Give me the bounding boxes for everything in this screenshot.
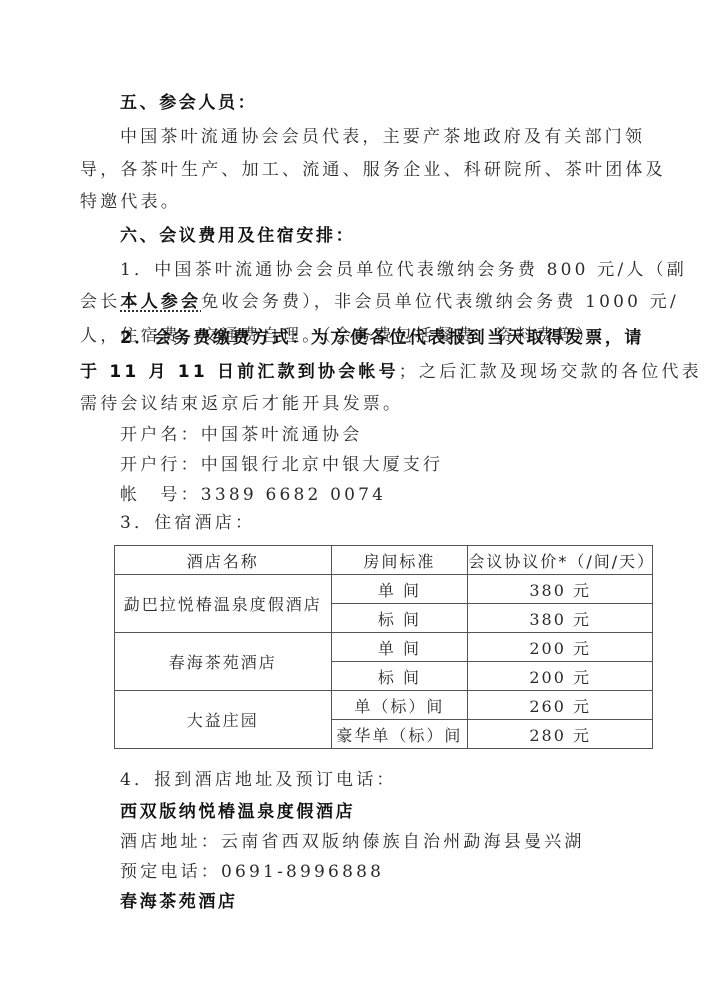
price-cell: 200 元	[468, 662, 653, 691]
hotel-name-cell: 勐巴拉悦椿温泉度假酒店	[115, 575, 332, 633]
price-cell: 280 元	[468, 720, 653, 749]
table-row: 勐巴拉悦椿温泉度假酒店 单 间 380 元	[115, 575, 653, 604]
price-cell: 380 元	[468, 604, 653, 633]
payment-method-line-3: 需待会议结束返京后才能开具发票。	[80, 394, 403, 414]
room-type-cell: 单 间	[331, 633, 468, 662]
fee-line-2-emphasis: 本人参会	[120, 292, 201, 312]
payment-note: ；之后汇款及现场交款的各位代表	[399, 362, 702, 382]
room-type-cell: 单 间	[331, 575, 468, 604]
payment-method-line-1: 2．会务费缴费方式：为方便各位代表报到当天取得发票，请	[120, 328, 644, 348]
hotel-name-cell: 春海茶苑酒店	[115, 633, 332, 691]
account-bank: 开户行：中国银行北京中银大厦支行	[120, 455, 443, 475]
hotel-1-name: 西双版纳悦椿温泉度假酒店	[120, 802, 355, 822]
section-five-heading: 五、参会人员：	[120, 93, 257, 113]
room-type-cell: 标 间	[331, 604, 468, 633]
hotel-name-cell: 大益庄园	[115, 691, 332, 749]
table-header-row: 酒店名称 房间标准 会议协议价*（/间/天）	[115, 546, 653, 575]
fee-line-2-pre: 会长	[80, 292, 120, 312]
hotel-price-table: 酒店名称 房间标准 会议协议价*（/间/天） 勐巴拉悦椿温泉度假酒店 单 间 3…	[114, 545, 653, 749]
room-type-cell: 单（标）间	[331, 691, 468, 720]
account-name: 开户名：中国茶叶流通协会	[120, 425, 362, 445]
room-type-cell: 豪华单（标）间	[331, 720, 468, 749]
fee-line-1: 1．中国茶叶流通协会会员单位代表缴纳会务费 800 元/人（副	[120, 260, 687, 280]
section-six-heading: 六、会议费用及住宿安排：	[120, 226, 355, 246]
attendees-line-1: 中国茶叶流通协会会员代表，主要产茶地政府及有关部门领	[120, 127, 645, 147]
attendees-line-3: 特邀代表。	[80, 192, 181, 212]
hotel-1-phone: 预定电话：0691-8996888	[120, 862, 384, 882]
price-cell: 260 元	[468, 691, 653, 720]
price-cell: 380 元	[468, 575, 653, 604]
header-hotel-name: 酒店名称	[115, 546, 332, 575]
fee-line-2-post: 免收会务费），非会员单位代表缴纳会务费 1000 元/	[201, 292, 679, 312]
header-room-type: 房间标准	[331, 546, 468, 575]
attendees-line-2: 导，各茶叶生产、加工、流通、服务企业、科研院所、茶叶团体及	[80, 160, 666, 180]
room-type-cell: 标 间	[331, 662, 468, 691]
price-cell: 200 元	[468, 633, 653, 662]
fee-line-2: 会长本人参会免收会务费），非会员单位代表缴纳会务费 1000 元/	[80, 292, 679, 312]
table-row: 大益庄园 单（标）间 260 元	[115, 691, 653, 720]
hotel-contacts-title: 4．报到酒店地址及预订电话：	[120, 770, 397, 790]
hotel-2-name: 春海茶苑酒店	[120, 892, 238, 912]
table-row: 春海茶苑酒店 单 间 200 元	[115, 633, 653, 662]
payment-deadline: 于 11 月 11 日前汇款到协会帐号	[80, 362, 399, 382]
account-number: 帐 号：3389 6682 0074	[120, 485, 386, 505]
hotels-title: 3．住宿酒店：	[120, 513, 255, 533]
hotel-1-address: 酒店地址：云南省西双版纳傣族自治州勐海县曼兴湖	[120, 832, 585, 852]
payment-method-line-2: 于 11 月 11 日前汇款到协会帐号；之后汇款及现场交款的各位代表	[80, 362, 702, 382]
header-price: 会议协议价*（/间/天）	[468, 546, 653, 575]
